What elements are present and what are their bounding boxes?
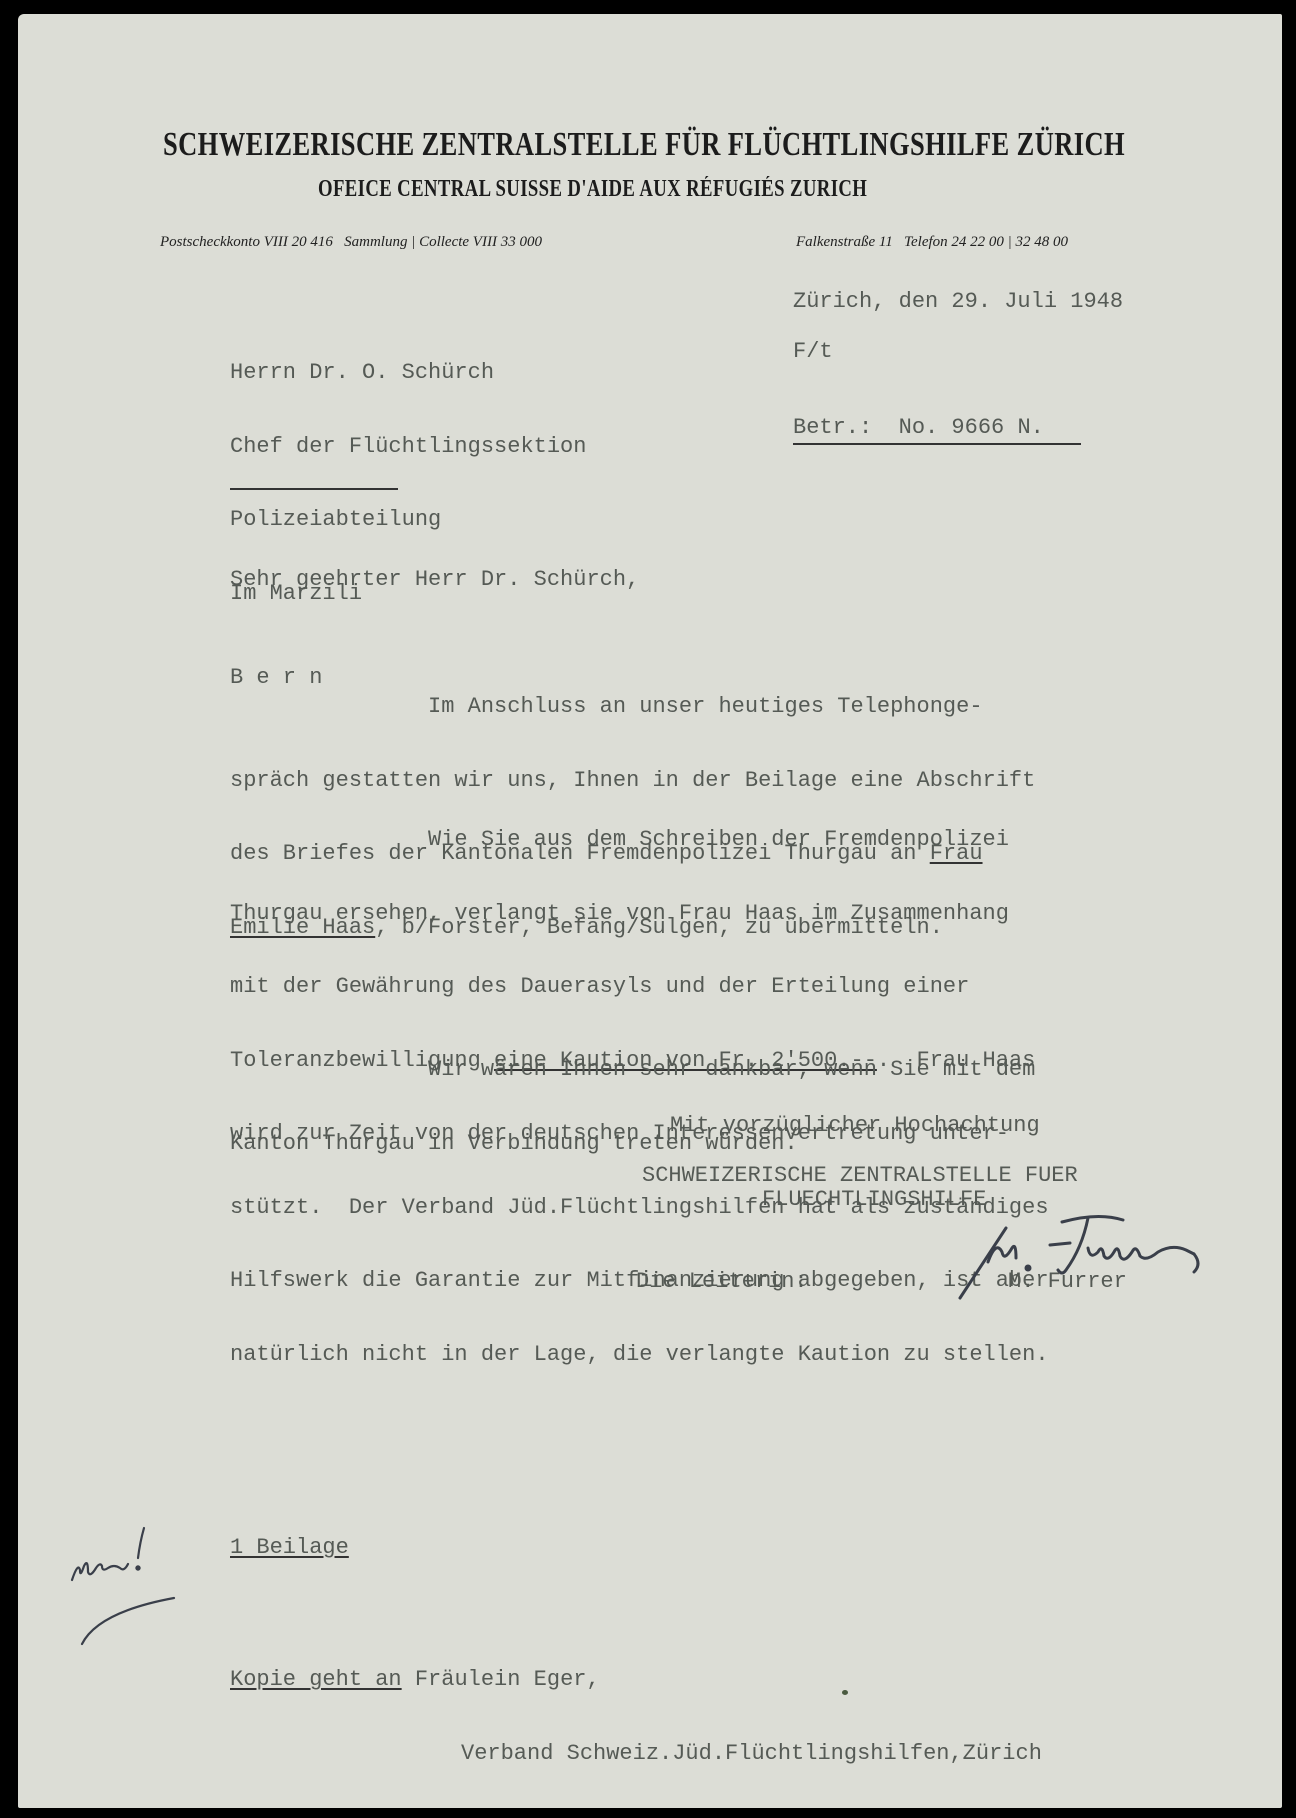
- text-line: Im Anschluss an unser heutiges Telephong…: [230, 695, 1035, 720]
- recipient-title: Chef der Flüchtlingssektion: [230, 435, 586, 460]
- subject-line: Betr.: No. 9666 N.: [793, 416, 1044, 441]
- ink-dot: [842, 1690, 848, 1695]
- recipient-department: Polizeiabteilung: [230, 508, 586, 533]
- subject-label: Betr.:: [793, 415, 872, 440]
- text-line: mit der Gewährung des Dauerasyls und der…: [230, 975, 1049, 1000]
- text-line: Wir wären Ihnen sehr dankbar, wenn Sie m…: [230, 1058, 1035, 1083]
- closing-greeting: Mit vorzüglicher Hochachtung: [670, 1114, 1040, 1139]
- letterhead-title: SCHWEIZERISCHE ZENTRALSTELLE FÜR FLÜCHTL…: [163, 126, 1125, 164]
- text-line: Kopie geht an Fräulein Eger,: [230, 1668, 1042, 1693]
- letterhead-address-phone: Falkenstraße 11 Telefon 24 22 00 | 32 48…: [796, 234, 1068, 251]
- letterhead-postscheck: Postscheckkonto VIII 20 416 Sammlung | C…: [160, 234, 542, 251]
- letter-page: SCHWEIZERISCHE ZENTRALSTELLE FÜR FLÜCHTL…: [18, 14, 1282, 1808]
- copy-recipient: Fräulein Eger,: [402, 1667, 600, 1692]
- enclosure-note: 1 Beilage: [230, 1536, 349, 1561]
- signatory-role: Die Leiterin:: [636, 1270, 808, 1295]
- salutation: Sehr geehrter Herr Dr. Schürch,: [230, 568, 639, 593]
- copy-note: Kopie geht an Fräulein Eger, Verband Sch…: [230, 1619, 1042, 1815]
- letterhead-subtitle: OFEICE CENTRAL SUISSE D'AIDE AUX RÉFUGIÉ…: [318, 176, 867, 203]
- subject-value: No. 9666 N.: [899, 415, 1044, 440]
- text-line: Thurgau ersehen, verlangt sie von Frau H…: [230, 902, 1049, 927]
- text-line: Wie Sie aus dem Schreiben der Fremdenpol…: [230, 828, 1049, 853]
- closing-org-line1: SCHWEIZERISCHE ZENTRALSTELLE FUER: [642, 1164, 1078, 1189]
- recipient-name: Herrn Dr. O. Schürch: [230, 361, 586, 386]
- letter-date: Zürich, den 29. Juli 1948: [793, 290, 1123, 315]
- enclosure-label: 1 Beilage: [230, 1535, 349, 1560]
- closing-org-line2: FLUECHTLINGSHILFE: [762, 1188, 986, 1213]
- copy-label: Kopie geht an: [230, 1667, 402, 1692]
- reference-initials: F/t: [793, 340, 833, 365]
- subject-underline: [793, 443, 1081, 445]
- city-underline: [230, 488, 398, 490]
- text-line: natürlich nicht in der Lage, die verlang…: [230, 1343, 1049, 1368]
- copy-recipient-org: Verband Schweiz.Jüd.Flüchtlingshilfen,Zü…: [230, 1742, 1042, 1767]
- signatory-name: M. Furrer: [1008, 1270, 1127, 1295]
- margin-note-icon: [54, 1514, 194, 1654]
